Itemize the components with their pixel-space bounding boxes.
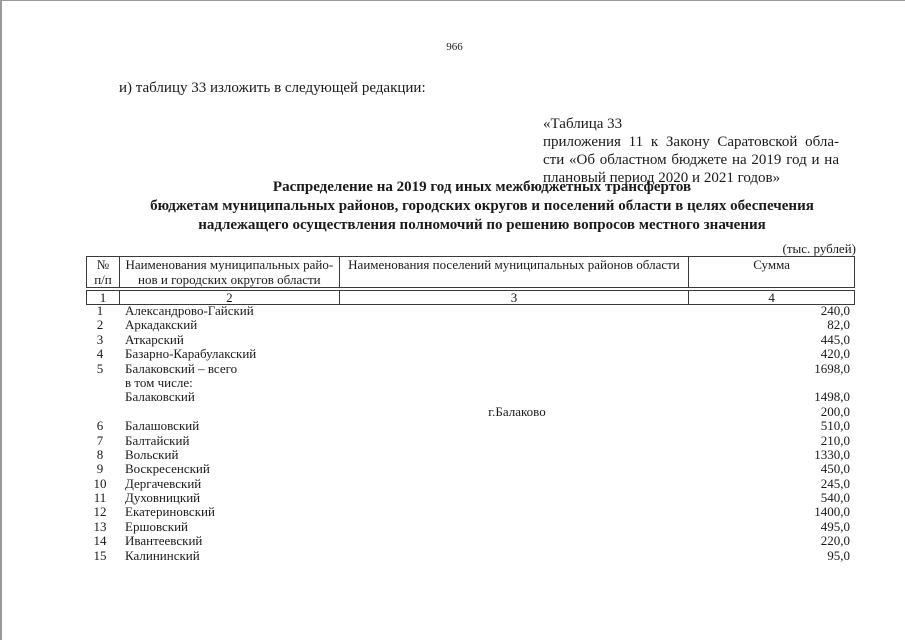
district-name: Балаковский – всего [125, 362, 237, 376]
row-sum: 445,0 [821, 333, 850, 347]
district-name: Ершовский [125, 520, 188, 534]
row-number: 1 [86, 304, 114, 318]
row-number: 14 [86, 534, 114, 548]
units-label: (тыс. рублей) [702, 241, 856, 257]
row-number: 12 [86, 505, 114, 519]
row-number: 8 [86, 448, 114, 462]
row-number: 13 [86, 520, 114, 534]
column-number: 3 [339, 291, 689, 305]
table-reference-line: сти «Об областном бюджете на 2019 год и … [543, 151, 839, 169]
table-header: № п/п Наименования муниципальных райо- н… [86, 256, 855, 305]
row-number: 15 [86, 549, 114, 563]
row-sum: 510,0 [821, 419, 850, 433]
row-sum: 540,0 [821, 491, 850, 505]
table-reference-line: «Таблица 33 [543, 115, 839, 133]
header-district-line: нов и городских округов области [120, 272, 339, 287]
header-num-line: № [87, 257, 119, 272]
row-number: 4 [86, 347, 114, 361]
district-name: Екатериновский [125, 505, 215, 519]
row-number: 6 [86, 419, 114, 433]
row-sum: 210,0 [821, 434, 850, 448]
row-sum: 95,0 [827, 549, 850, 563]
header-settlement: Наименования поселений муниципальных рай… [339, 257, 689, 288]
district-name: Вольский [125, 448, 178, 462]
table-reference: «Таблица 33 приложения 11 к Закону Сарат… [543, 115, 839, 187]
district-name: Калининский [125, 549, 200, 563]
table-row: 15Калининский95,0 [86, 549, 855, 563]
table-row: в том числе: [86, 376, 855, 390]
table-reference-line: приложения 11 к Закону Саратовской обла- [543, 133, 839, 151]
district-name: Ивантеевский [125, 534, 202, 548]
table-row: 6Балашовский510,0 [86, 419, 855, 433]
row-number: 7 [86, 434, 114, 448]
district-name: Балашовский [125, 419, 199, 433]
header-num: № п/п [87, 257, 120, 288]
table-row: 1Александрово-Гайский240,0 [86, 304, 855, 318]
row-sum: 82,0 [827, 318, 850, 332]
row-number: 2 [86, 318, 114, 332]
district-name: в том числе: [125, 376, 193, 390]
district-name: Дергачевский [125, 477, 201, 491]
header-district-line: Наименования муниципальных райо- [120, 257, 339, 272]
row-number: 9 [86, 462, 114, 476]
row-number: 10 [86, 477, 114, 491]
title-line: бюджетам муниципальных районов, городски… [102, 197, 862, 216]
row-number: 3 [86, 333, 114, 347]
header-district: Наименования муниципальных райо- нов и г… [119, 257, 339, 288]
row-sum: 1698,0 [814, 362, 850, 376]
table-row: Балаковский1498,0 [86, 390, 855, 404]
table-row: 5Балаковский – всего1698,0 [86, 362, 855, 376]
table-row: 13Ершовский495,0 [86, 520, 855, 534]
row-sum: 450,0 [821, 462, 850, 476]
page-number: 966 [2, 41, 905, 53]
title-line: Распределение на 2019 год иных межбюджет… [102, 178, 862, 197]
table-row: 7Балтайский210,0 [86, 434, 855, 448]
district-name: Балаковский [125, 390, 195, 404]
table-row: 12Екатериновский1400,0 [86, 505, 855, 519]
row-sum: 495,0 [821, 520, 850, 534]
table-row: г.Балаково200,0 [86, 405, 855, 419]
table-row: 2Аркадакский82,0 [86, 318, 855, 332]
district-name: Духовницкий [125, 491, 200, 505]
table-row: 3Аткарский445,0 [86, 333, 855, 347]
row-sum: 1400,0 [814, 505, 850, 519]
row-number: 5 [86, 362, 114, 376]
row-sum: 220,0 [821, 534, 850, 548]
row-sum: 1498,0 [814, 390, 850, 404]
title-line: надлежащего осуществления полномочий по … [102, 216, 862, 235]
district-name: Аркадакский [125, 318, 197, 332]
table-row: 8Вольский1330,0 [86, 448, 855, 462]
district-name: Александрово-Гайский [125, 304, 254, 318]
table-body: 1Александрово-Гайский240,02Аркадакский82… [86, 304, 855, 563]
row-sum: 245,0 [821, 477, 850, 491]
header-num-line: п/п [87, 272, 119, 287]
settlement-name: г.Балаково [341, 405, 693, 419]
district-name: Балтайский [125, 434, 189, 448]
header-sum: Сумма [689, 257, 855, 288]
row-sum: 420,0 [821, 347, 850, 361]
intro-text: и) таблицу 33 изложить в следующей редак… [119, 80, 426, 97]
table-row: 4Базарно-Карабулакский420,0 [86, 347, 855, 361]
document-title: Распределение на 2019 год иных межбюджет… [102, 178, 862, 235]
row-sum: 200,0 [821, 405, 850, 419]
document-page: 966 и) таблицу 33 изложить в следующей р… [0, 0, 905, 640]
row-number: 11 [86, 491, 114, 505]
table-row: 14Ивантеевский220,0 [86, 534, 855, 548]
district-name: Воскресенский [125, 462, 210, 476]
district-name: Аткарский [125, 333, 184, 347]
row-sum: 1330,0 [814, 448, 850, 462]
table-row: 11Духовницкий540,0 [86, 491, 855, 505]
row-sum: 240,0 [821, 304, 850, 318]
table-row: 9Воскресенский450,0 [86, 462, 855, 476]
table-row: 10Дергачевский245,0 [86, 477, 855, 491]
district-name: Базарно-Карабулакский [125, 347, 256, 361]
